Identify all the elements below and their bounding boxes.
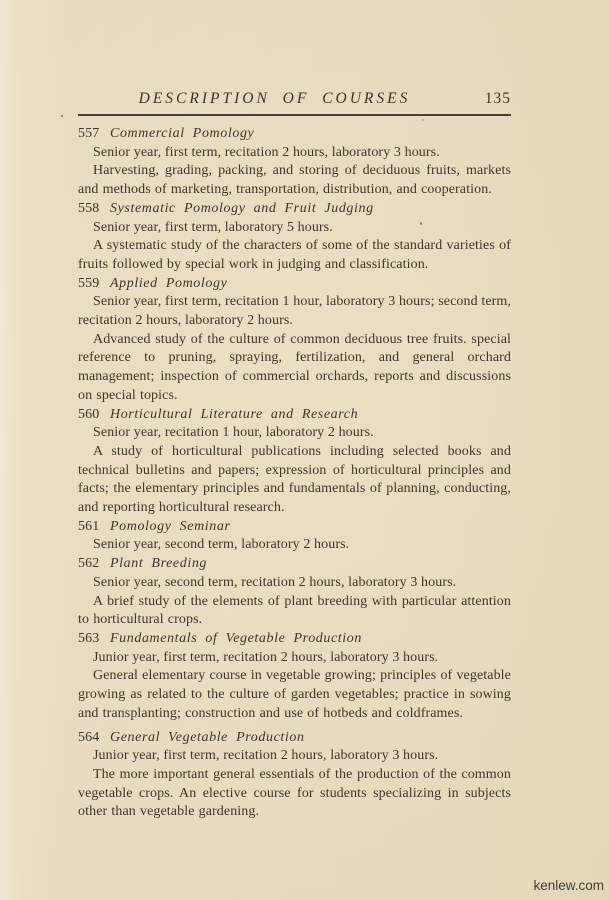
- watermark-text: kenlew.com: [533, 878, 604, 893]
- course-heading: 561 Pomology Seminar: [78, 518, 511, 537]
- course-heading: 560 Horticultural Literature and Researc…: [78, 406, 511, 425]
- course-number: 563: [78, 630, 110, 649]
- course-description: General elementary course in vegetable g…: [78, 667, 511, 723]
- course-schedule: Senior year, second term, laboratory 2 h…: [78, 536, 511, 555]
- course-description: Advanced study of the culture of common …: [78, 331, 511, 406]
- course-heading: 563 Fundamentals of Vegetable Production: [78, 630, 511, 649]
- course-entry-559: 559 Applied Pomology Senior year, first …: [78, 275, 511, 406]
- course-description: The more important general essentials of…: [78, 766, 511, 822]
- course-number: 561: [78, 518, 110, 537]
- course-title: Horticultural Literature and Research: [110, 406, 358, 425]
- course-title: General Vegetable Production: [110, 729, 305, 748]
- course-number: 557: [78, 125, 110, 144]
- running-header: DESCRIPTION OF COURSES 135: [78, 90, 511, 116]
- course-entry-560: 560 Horticultural Literature and Researc…: [78, 406, 511, 518]
- course-schedule: Senior year, first term, laboratory 5 ho…: [78, 219, 511, 238]
- scanned-book-page: DESCRIPTION OF COURSES 135 557 Commercia…: [0, 0, 609, 900]
- course-number: 562: [78, 555, 110, 574]
- course-entry-562: 562 Plant Breeding Senior year, second t…: [78, 555, 511, 630]
- course-heading: 564 General Vegetable Production: [78, 729, 511, 748]
- course-title: Systematic Pomology and Fruit Judging: [110, 200, 374, 219]
- course-heading: 562 Plant Breeding: [78, 555, 511, 574]
- course-title: Fundamentals of Vegetable Production: [110, 630, 362, 649]
- course-title: Applied Pomology: [110, 275, 227, 294]
- page-content: DESCRIPTION OF COURSES 135 557 Commercia…: [78, 90, 511, 822]
- page-number: 135: [485, 90, 511, 108]
- course-entry-563: 563 Fundamentals of Vegetable Production…: [78, 630, 511, 724]
- course-heading: 559 Applied Pomology: [78, 275, 511, 294]
- course-number: 560: [78, 406, 110, 425]
- course-title: Plant Breeding: [110, 555, 207, 574]
- course-number: 558: [78, 200, 110, 219]
- course-schedule: Junior year, first term, recitation 2 ho…: [78, 649, 511, 668]
- course-description: Harvesting, grading, packing, and storin…: [78, 162, 511, 199]
- page-title: DESCRIPTION OF COURSES: [78, 90, 471, 108]
- course-schedule: Senior year, second term, recitation 2 h…: [78, 574, 511, 593]
- course-title: Pomology Seminar: [110, 518, 231, 537]
- course-description: A brief study of the elements of plant b…: [78, 593, 511, 630]
- course-heading: 557 Commercial Pomology: [78, 125, 511, 144]
- course-number: 564: [78, 729, 110, 748]
- course-description: A study of horticultural publications in…: [78, 443, 511, 518]
- scan-speck: [61, 115, 63, 117]
- course-schedule: Senior year, first term, recitation 1 ho…: [78, 293, 511, 330]
- course-schedule: Senior year, recitation 1 hour, laborato…: [78, 424, 511, 443]
- course-heading: 558 Systematic Pomology and Fruit Judgin…: [78, 200, 511, 219]
- course-entry-558: 558 Systematic Pomology and Fruit Judgin…: [78, 200, 511, 275]
- course-number: 559: [78, 275, 110, 294]
- course-schedule: Senior year, first term, recitation 2 ho…: [78, 144, 511, 163]
- course-title: Commercial Pomology: [110, 125, 254, 144]
- course-description: A systematic study of the characters of …: [78, 237, 511, 274]
- course-entry-557: 557 Commercial Pomology Senior year, fir…: [78, 125, 511, 200]
- course-entry-564: 564 General Vegetable Production Junior …: [78, 729, 511, 823]
- course-schedule: Junior year, first term, recitation 2 ho…: [78, 747, 511, 766]
- course-entry-561: 561 Pomology Seminar Senior year, second…: [78, 518, 511, 555]
